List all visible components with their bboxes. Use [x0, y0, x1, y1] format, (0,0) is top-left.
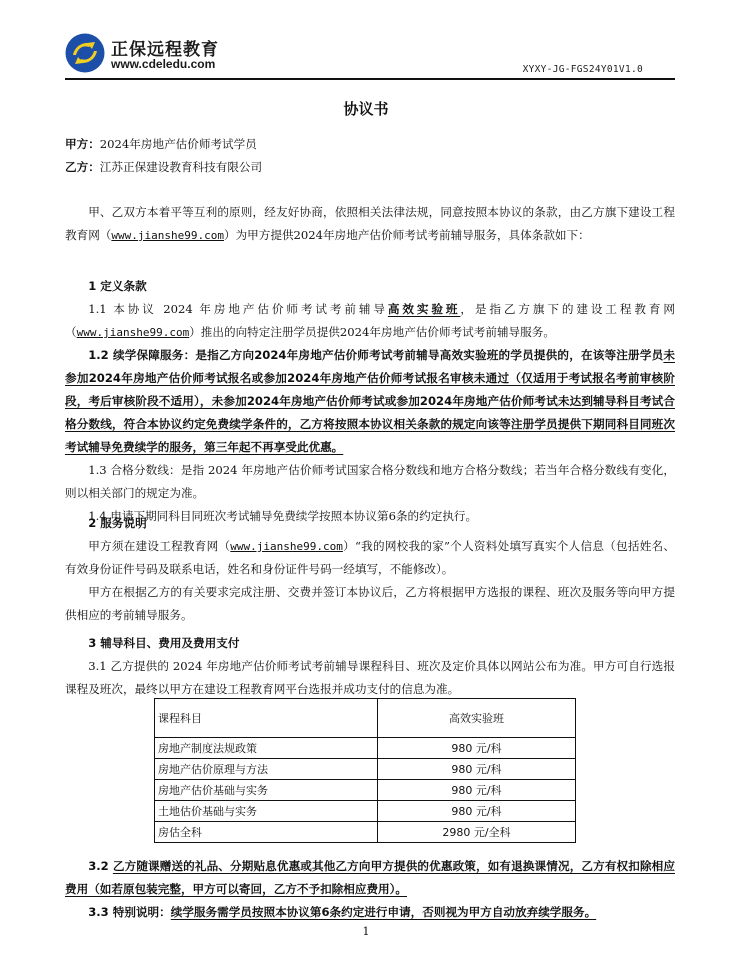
- jianshe99-link[interactable]: www.jianshe99.com: [230, 540, 343, 553]
- letterhead: 正保远程教育 www.cdeledu.com XYXY-JG-FGS24Y01V…: [65, 33, 673, 78]
- document-page: 正保远程教育 www.cdeledu.com XYXY-JG-FGS24Y01V…: [0, 0, 732, 956]
- page-number: 1: [0, 925, 732, 938]
- service-paragraph-2: 甲方在根据乙方的有关要求完成注册、交费并签订本协议后，乙方将根据甲方选报的课程、…: [65, 581, 675, 627]
- table-row: 房地产估价原理与方法 980 元/科: [155, 759, 576, 780]
- section-1-heading: 1 定义条款: [65, 275, 675, 298]
- brand-url: www.cdeledu.com: [111, 57, 215, 71]
- intro-paragraph: 甲、乙双方本着平等互利的原则，经友好协商，依照相关法律法规，同意按照本协议的条款…: [65, 201, 675, 247]
- section-3-heading: 3 辅导科目、费用及费用支付: [65, 632, 675, 655]
- clause-3-2: 3.2 乙方随课赠送的礼品、分期贴息优惠或其他乙方向甲方提供的优惠政策，如有退换…: [65, 855, 675, 901]
- subject-cell: 房地产估价原理与方法: [155, 759, 378, 780]
- table-row: 房地产制度法规政策 980 元/科: [155, 738, 576, 759]
- price-cell: 980 元/科: [378, 780, 576, 801]
- section-2: 2 服务说明 甲方须在建设工程教育网（www.jianshe99.com）“我的…: [65, 512, 675, 627]
- party-b-value: 江苏正保建设教育科技有限公司: [100, 160, 262, 174]
- price-cell: 980 元/科: [378, 801, 576, 822]
- subject-cell: 房地产制度法规政策: [155, 738, 378, 759]
- clause-1-1-lead: 1.1 本协议 2024 年房地产估价师考试考前辅导: [88, 302, 388, 316]
- clause-1-2-underlined: 未参加2024年房地产估价师考试报名或参加2024年房地产估价师考试报名审核未通…: [65, 348, 675, 454]
- intro-block: 甲、乙双方本着平等互利的原则，经友好协商，依照相关法律法规，同意按照本协议的条款…: [65, 201, 675, 247]
- price-cell: 980 元/科: [378, 759, 576, 780]
- clause-1-1-tail: ）推出的向特定注册学员提供2024年房地产估价师考试考前辅导服务。: [189, 325, 555, 339]
- party-b-label: 乙方：: [65, 160, 100, 174]
- document-title: 协议书: [0, 98, 732, 119]
- clause-3-1: 3.1 乙方提供的 2024 年房地产估价师考试考前辅导课程科目、班次及定价具体…: [65, 655, 675, 701]
- intro-text-2: ）为甲方提供2024年房地产估价师考试考前辅导服务，具体条款如下：: [224, 228, 590, 242]
- fee-table: 课程科目 高效实验班 房地产制度法规政策 980 元/科 房地产估价原理与方法 …: [154, 698, 576, 843]
- clause-1-2: 1.2 续学保障服务：是指乙方向2024年房地产估价师考试考前辅导高效实验班的学…: [65, 344, 675, 459]
- section-3-continued: 3.2 乙方随课赠送的礼品、分期贴息优惠或其他乙方向甲方提供的优惠政策，如有退换…: [65, 855, 675, 924]
- document-code: XYXY-JG-FGS24Y01V1.0: [523, 64, 643, 75]
- section-3: 3 辅导科目、费用及费用支付 3.1 乙方提供的 2024 年房地产估价师考试考…: [65, 632, 675, 701]
- clause-3-2-label: 3.2: [88, 859, 113, 873]
- table-header-class: 高效实验班: [378, 699, 576, 738]
- price-cell: 980 元/科: [378, 738, 576, 759]
- clause-3-3-label: 3.3 特别说明：: [88, 905, 171, 919]
- clause-1-3: 1.3 合格分数线：是指 2024 年房地产估价师考试国家合格分数线和地方合格分…: [65, 459, 675, 505]
- jianshe99-link[interactable]: www.jianshe99.com: [77, 326, 190, 339]
- service-paragraph-1: 甲方须在建设工程教育网（www.jianshe99.com）“我的网校我的家”个…: [65, 535, 675, 581]
- party-a: 甲方：2024年房地产估价师考试学员: [65, 133, 675, 156]
- subject-cell: 房地产估价基础与实务: [155, 780, 378, 801]
- subject-cell: 房估全科: [155, 822, 378, 843]
- table-header-row: 课程科目 高效实验班: [155, 699, 576, 738]
- jianshe99-link[interactable]: www.jianshe99.com: [111, 229, 224, 242]
- service-text-1: 甲方须在建设工程教育网（: [88, 539, 230, 553]
- table-row: 房地产估价基础与实务 980 元/科: [155, 780, 576, 801]
- party-b: 乙方：江苏正保建设教育科技有限公司: [65, 156, 675, 179]
- table-header-subject: 课程科目: [155, 699, 378, 738]
- clause-3-2-text: 乙方随课赠送的礼品、分期贴息优惠或其他乙方向甲方提供的优惠政策，如有退换课情况，…: [65, 859, 675, 896]
- section-2-heading: 2 服务说明: [65, 512, 675, 535]
- party-a-label: 甲方：: [65, 137, 100, 151]
- clause-3-3-text: 续学服务需学员按照本协议第6条约定进行申请，否则视为甲方自动放弃续学服务。: [171, 905, 596, 919]
- table-row: 土地估价基础与实务 980 元/科: [155, 801, 576, 822]
- clause-1-2-lead: 1.2 续学保障服务：是指乙方向2024年房地产估价师考试考前辅导高效实验班的学…: [88, 348, 663, 362]
- clause-1-1: 1.1 本协议 2024 年房地产估价师考试考前辅导高效实验班，是指乙方旗下的建…: [65, 298, 675, 344]
- clause-3-3: 3.3 特别说明：续学服务需学员按照本协议第6条约定进行申请，否则视为甲方自动放…: [65, 901, 675, 924]
- table-row: 房估全科 2980 元/全科: [155, 822, 576, 843]
- section-1: 1 定义条款 1.1 本协议 2024 年房地产估价师考试考前辅导高效实验班，是…: [65, 275, 675, 528]
- party-a-value: 2024年房地产估价师考试学员: [100, 137, 257, 151]
- parties-block: 甲方：2024年房地产估价师考试学员 乙方：江苏正保建设教育科技有限公司: [65, 133, 675, 179]
- subject-cell: 土地估价基础与实务: [155, 801, 378, 822]
- price-cell: 2980 元/全科: [378, 822, 576, 843]
- cdeledu-logo-icon: [65, 33, 105, 73]
- class-name-highlight: 高效实验班: [388, 302, 461, 316]
- header-divider: [65, 78, 675, 80]
